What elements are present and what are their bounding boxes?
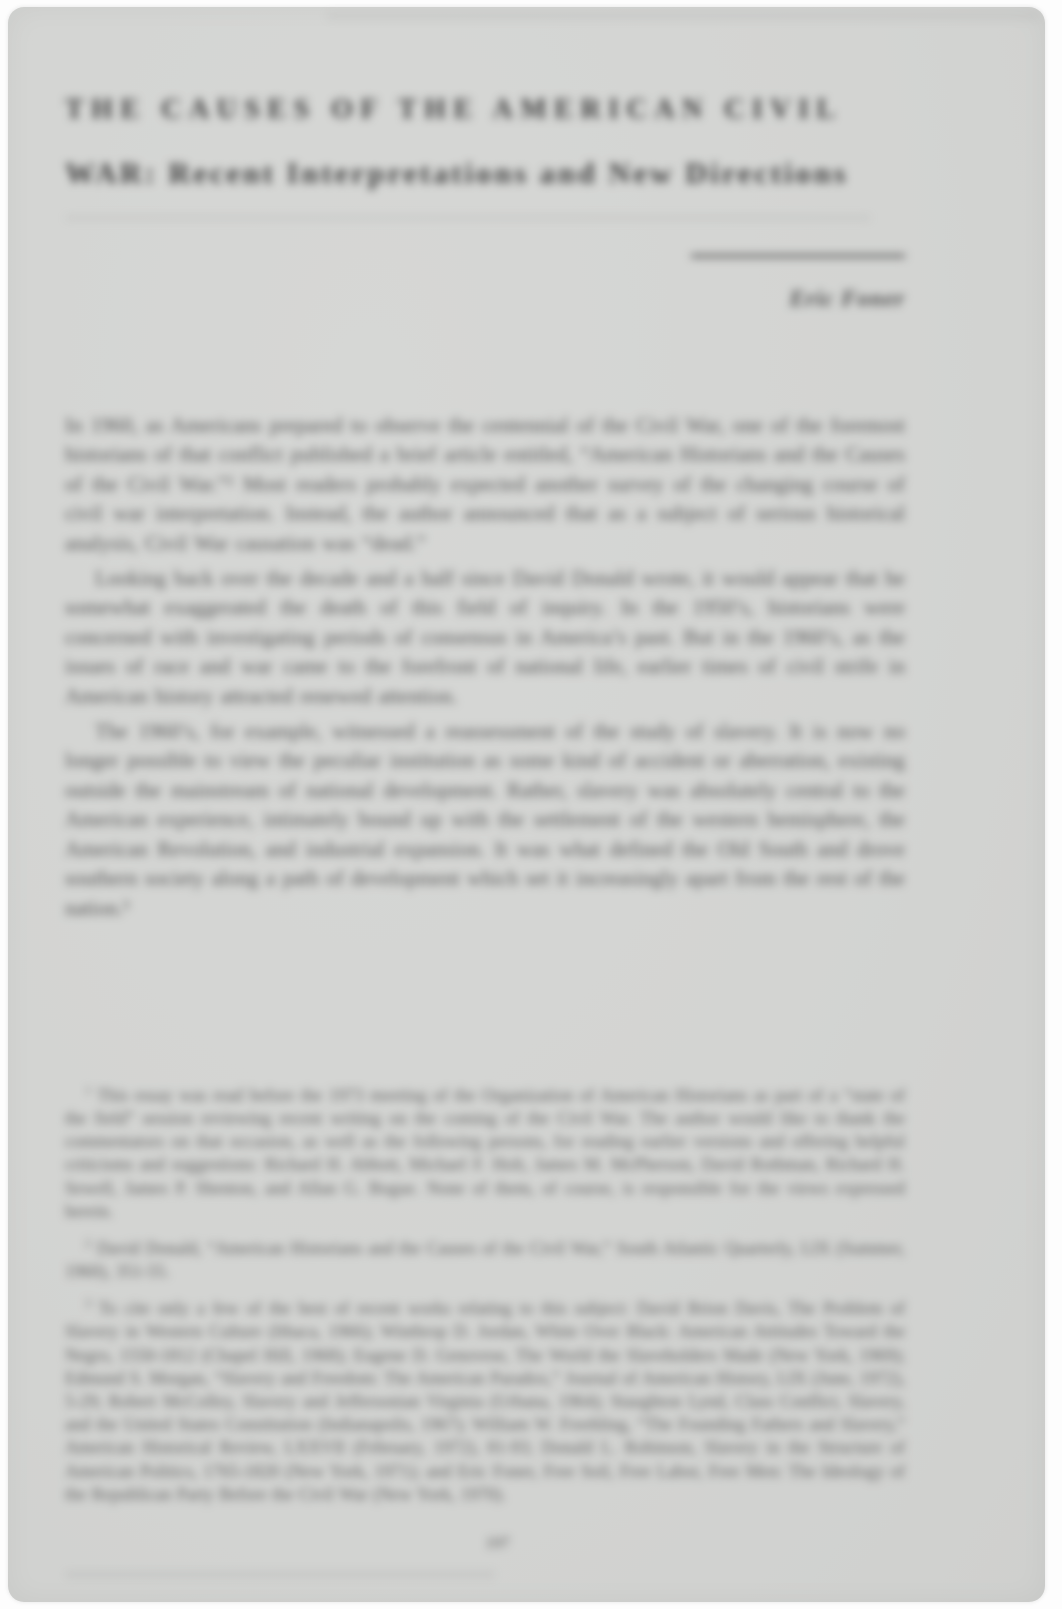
footnote-marker: 3 (85, 1296, 91, 1310)
author-rule (691, 254, 905, 258)
footnote-marker: 1 (85, 1083, 91, 1097)
scan-artifact-under-title (65, 215, 871, 221)
body-paragraph: The 1960’s, for example, witnessed a rea… (65, 717, 905, 923)
scanned-page: THE CAUSES OF THE AMERICAN CIVIL WAR: Re… (8, 7, 1045, 1602)
body-paragraph: In 1960, as Americans prepared to observ… (65, 411, 905, 558)
footnote: 3 To cite only a few of the best of rece… (65, 1292, 905, 1506)
article-title-line1: THE CAUSES OF THE AMERICAN CIVIL (65, 94, 843, 126)
footnotes-section: 1 This essay was read before the 1973 me… (65, 1079, 905, 1515)
article-body: In 1960, as Americans prepared to observ… (65, 411, 905, 929)
body-paragraph: Looking back over the decade and a half … (65, 564, 905, 711)
author-byline: Eric Foner (790, 286, 905, 312)
footnote-text: To cite only a few of the best of recent… (65, 1298, 905, 1504)
footnote-text: This essay was read before the 1973 meet… (65, 1085, 905, 1221)
article-title-line2: WAR: Recent Interpretations and New Dire… (65, 157, 849, 191)
footnote-text: David Donald, “American Historians and t… (65, 1238, 905, 1281)
scan-artifact-top (327, 13, 1039, 19)
page-number: 197 (65, 1535, 930, 1553)
footnote: 2 David Donald, “American Historians and… (65, 1232, 905, 1283)
footnote-marker: 2 (85, 1236, 91, 1250)
screenshot-stage: THE CAUSES OF THE AMERICAN CIVIL WAR: Re… (0, 0, 1062, 1609)
scan-artifact-bottom (65, 1571, 495, 1578)
footnote: 1 This essay was read before the 1973 me… (65, 1079, 905, 1223)
page-content: THE CAUSES OF THE AMERICAN CIVIL WAR: Re… (65, 7, 905, 1602)
